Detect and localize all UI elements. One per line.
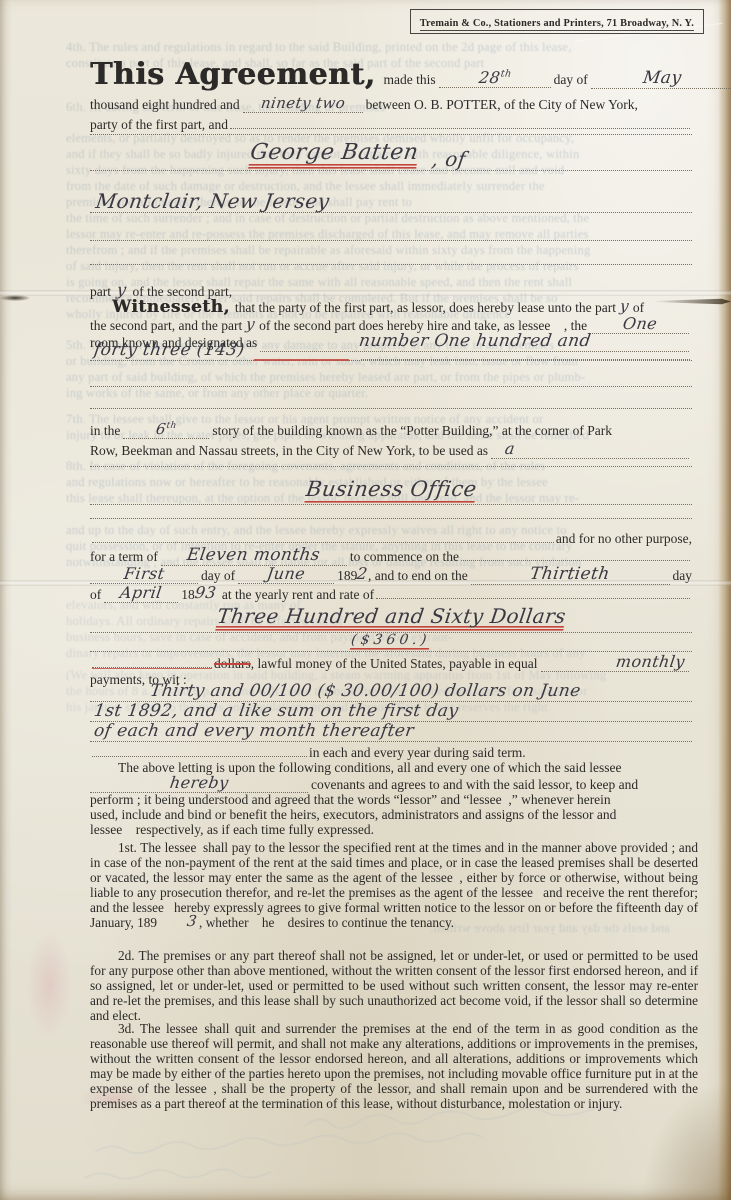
- blank-form-rule: [90, 386, 692, 387]
- printed-text: part: [90, 284, 111, 300]
- printer-credit-text: Tremain & Co., Stationers and Printers, …: [420, 18, 694, 31]
- printed-text: , lawful money of the United States, pay…: [251, 656, 538, 672]
- document-title: This Agreement,: [90, 60, 376, 90]
- printed-text: lessee respectively, as if each time ful…: [90, 822, 374, 838]
- printed-text: used, include and bind or benefit the he…: [90, 807, 616, 823]
- handwritten-lessee-name: George Batten: [248, 142, 420, 169]
- handwritten-story: 6th: [155, 422, 177, 437]
- printed-text: thousand eight hundred and: [90, 97, 240, 113]
- printed-text: Row, Beekman and Nassau streets, in the …: [90, 443, 488, 459]
- printed-text: that the party of the first part, as les…: [235, 300, 616, 316]
- handwritten-y: y: [245, 317, 256, 332]
- handwritten-one: One: [621, 316, 657, 332]
- page-edge-shading: [718, 0, 731, 1200]
- letting-line-4: used, include and bind or benefit the he…: [90, 807, 692, 823]
- printed-dollars-struck: dollars: [214, 656, 251, 672]
- blank-form-rule: [90, 240, 692, 241]
- handwritten-end-year: 93: [194, 585, 217, 601]
- handwritten-payment-3: of each and every month thereafter: [93, 723, 415, 740]
- handwritten-rent-figures: ($360.): [350, 633, 431, 650]
- blank-form-rule: [90, 408, 692, 409]
- title-line: This Agreement, made this 28th day of Ma…: [90, 60, 692, 90]
- witnesseth-line-1: Witnesseth, that the party of the first …: [90, 299, 692, 316]
- dollars-line: dollars , lawful money of the United Sta…: [90, 655, 692, 672]
- handwritten-room-number-2: forty three (143): [93, 342, 246, 359]
- handwritten-commence-year: 2: [356, 566, 369, 582]
- printed-text: in each and every year during said term.: [309, 745, 526, 761]
- handwritten-day: 28th: [478, 70, 512, 86]
- payment-hand-line-2: 1st 1892, and a like sum on the first da…: [90, 701, 692, 722]
- red-pencil-mark: [254, 359, 349, 361]
- printed-text: perform ; it being understood and agreed…: [90, 792, 611, 808]
- handwritten-y: y: [116, 282, 128, 298]
- clause-1st: 1st. The lessee shall pay to the lessor …: [90, 840, 698, 930]
- rent-figures-line: ($360.): [90, 634, 692, 652]
- dotted-rule: [376, 586, 690, 599]
- dotted-rule: [461, 548, 690, 561]
- lessee-city-line: Montclair, New Jersey: [90, 182, 692, 213]
- handwritten-rent-words: Three Hundred and Sixty Dollars: [215, 606, 567, 631]
- clause-3d: 3d. The lessee shall quit and surrender …: [90, 1021, 698, 1111]
- printed-text: of: [90, 587, 101, 603]
- letting-line-3: perform ; it being understood and agreed…: [90, 792, 692, 808]
- printed-text: 2d. The premises or any part thereof sha…: [90, 948, 698, 1023]
- printed-text: , whether he desires to continue the ten…: [199, 915, 454, 930]
- printed-text: to commence on the: [350, 549, 459, 565]
- purpose-line: and for no other purpose,: [90, 530, 692, 547]
- handwritten-hereby: hereby: [169, 775, 230, 791]
- handwritten-y: y: [619, 299, 630, 314]
- blank-form-rule: [90, 264, 692, 265]
- business-office-line: Business Office: [90, 474, 692, 505]
- ghost-text-line: of said injury, then the rent shall not …: [66, 259, 672, 274]
- handwritten-used-as: a: [504, 441, 516, 457]
- printed-text: story of the building known as the “Pott…: [212, 423, 612, 439]
- witnesseth-heading: Witnesseth,: [112, 299, 230, 316]
- handwritten-commence-day: First: [123, 566, 166, 582]
- handwritten-january-year: 3: [158, 914, 198, 929]
- dotted-rule: [92, 530, 554, 543]
- printed-text: party of the first part, and: [90, 117, 228, 133]
- red-pencil-leader: [92, 655, 212, 668]
- blank-form-rule: [90, 466, 692, 467]
- lease-document-page: 4th. The rules and regulations in regard…: [0, 0, 731, 1200]
- printed-text: made this: [384, 72, 436, 88]
- intro-line-3: party of the first part, and: [90, 116, 692, 133]
- printed-text: and for no other purpose,: [556, 531, 692, 547]
- fold-ink-mark: [0, 295, 30, 301]
- ghost-text-line: 4th. The rules and regulations in regard…: [66, 40, 672, 55]
- printed-text: , and to end on the: [368, 568, 468, 584]
- payment-hand-line-3: of each and every month thereafter: [90, 721, 692, 742]
- room-number-line: forty three (143): [90, 340, 692, 361]
- intro-line-2: thousand eight hundred and ninety two be…: [90, 97, 692, 113]
- hereby-line: hereby covenants and agrees to and with …: [90, 776, 692, 793]
- dotted-rule: [230, 116, 690, 129]
- streets-line: Row, Beekman and Nassau streets, in the …: [90, 442, 692, 459]
- commence-line: First day of June 1892 , and to end on t…: [90, 567, 692, 585]
- printed-text: for a term of: [90, 549, 158, 565]
- ghost-text-line: the time of such surrender ; and in case…: [66, 211, 672, 226]
- blank-form-rule: [90, 134, 692, 135]
- printed-text: between O. B. POTTER, of the City of New…: [366, 97, 638, 113]
- handwritten-end-day: Thirtieth: [529, 566, 611, 583]
- printed-text: 189: [337, 568, 357, 584]
- handwritten-commence-month: June: [266, 566, 306, 582]
- printed-text: day of: [201, 568, 235, 584]
- printed-text: 18: [181, 587, 195, 603]
- handwritten-year-words: ninety two: [259, 96, 345, 111]
- end-line: of April 1893 at the yearly rent and rat…: [90, 586, 692, 603]
- printed-text: the second part, and the part: [90, 318, 242, 334]
- payment-hand-line-1: Thirty and 00/100 ($ 30.00/100) dollars …: [90, 681, 692, 702]
- lessee-name-line: George Batten , of: [90, 140, 692, 171]
- clause-2d: 2d. The premises or any part thereof sha…: [90, 948, 698, 1023]
- during-term-line: in each and every year during said term.: [90, 744, 692, 761]
- printed-text: in the: [90, 423, 120, 439]
- handwritten-monthly: monthly: [615, 654, 686, 670]
- handwritten-month: May: [641, 70, 682, 87]
- printed-text: 3d. The lessee shall quit and surrender …: [90, 1021, 698, 1111]
- story-line: in the 6th story of the building known a…: [90, 423, 692, 439]
- dotted-rule: [361, 345, 690, 360]
- printer-credit-box: Tremain & Co., Stationers and Printers, …: [410, 9, 704, 34]
- handwritten-payment-1: Thirty and 00/100 ($ 30.00/100) dollars …: [149, 683, 582, 700]
- handwritten-payment-2: 1st 1892, and a like sum on the first da…: [93, 703, 460, 720]
- ghost-handwriting: [55, 1108, 705, 1198]
- ghost-text-line: ing works of the same, or from any other…: [66, 386, 672, 401]
- printed-text: day of: [554, 72, 588, 88]
- ghost-text-line: any part of said building, of which the …: [66, 370, 672, 385]
- printed-text: day: [673, 568, 693, 584]
- handwritten-end-month: April: [119, 585, 163, 601]
- pink-smudge: [26, 930, 72, 1040]
- handwritten-business-office: Business Office: [304, 479, 478, 503]
- handwritten-lessee-of: , of: [430, 149, 467, 169]
- handwritten-lessee-city: Montclair, New Jersey: [95, 191, 331, 211]
- printed-text: covenants and agrees to and with the sai…: [311, 777, 638, 793]
- letting-line-5: lessee respectively, as if each time ful…: [90, 822, 692, 838]
- rent-words-line: Three Hundred and Sixty Dollars: [90, 606, 692, 633]
- ghost-text-line: therefrom ; and if the premises shall be…: [66, 243, 672, 258]
- blank-form-rule: [90, 518, 692, 519]
- handwritten-term: Eleven months: [186, 547, 321, 564]
- printed-text: at the yearly rent and rate of: [222, 587, 374, 603]
- dotted-rule: [92, 744, 307, 757]
